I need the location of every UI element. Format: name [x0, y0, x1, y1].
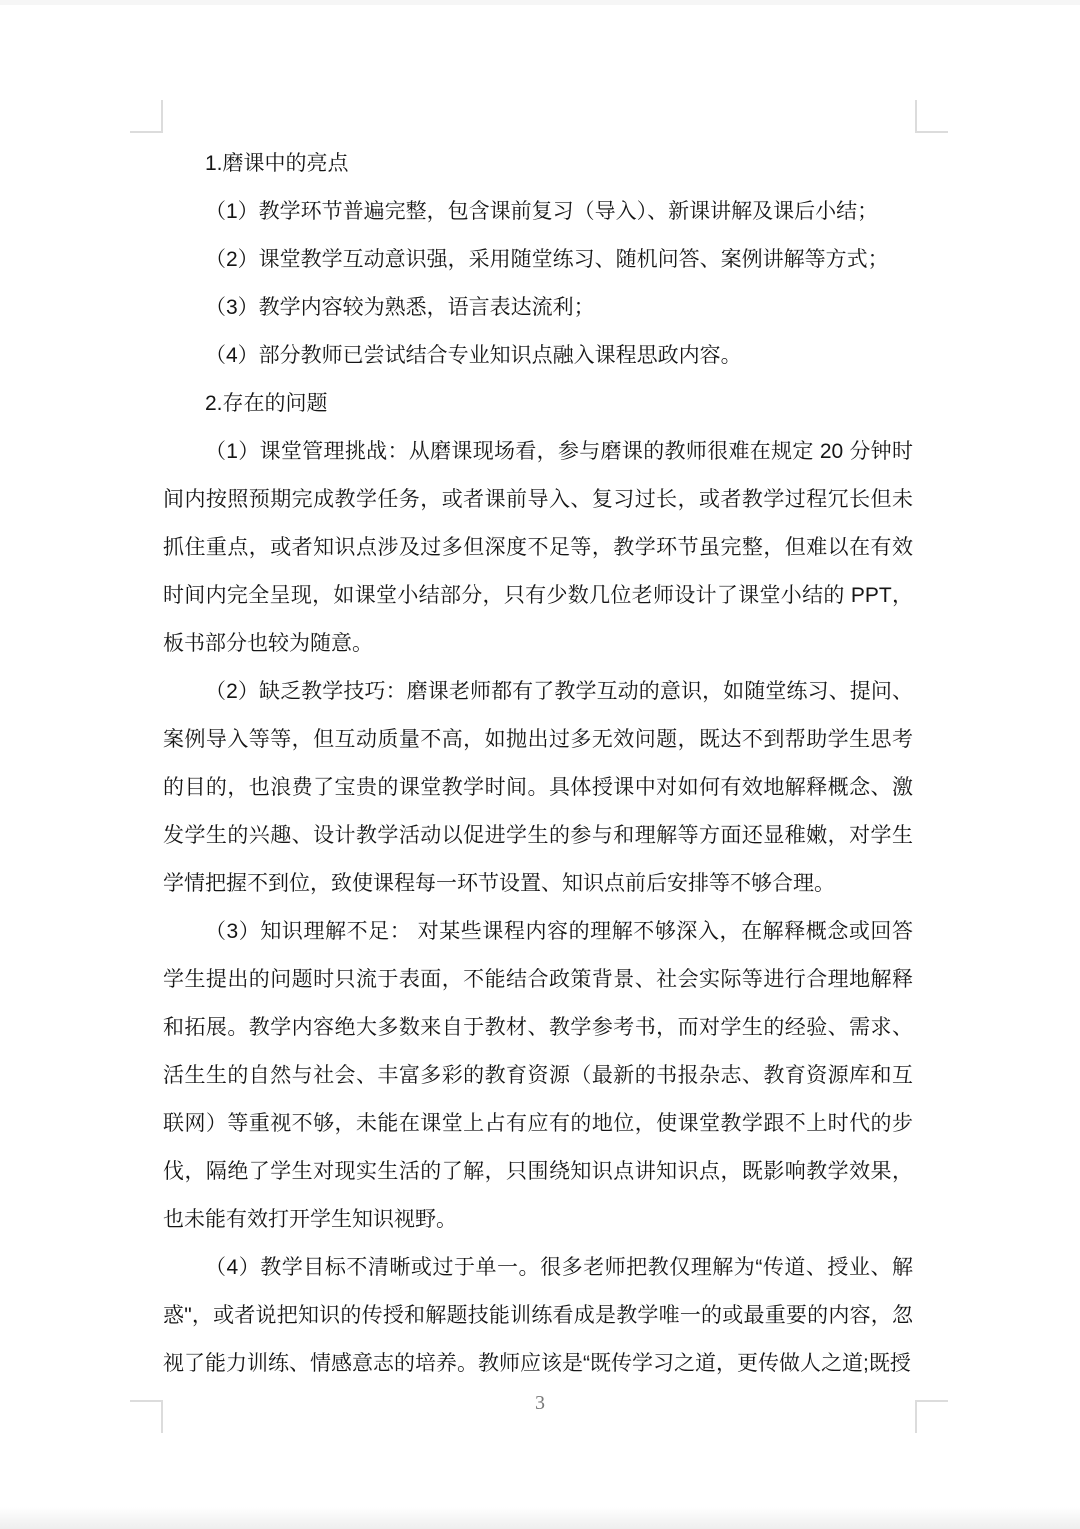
document-page: 1.磨课中的亮点 （1）教学环节普遍完整，包含课前复习（导入）、新课讲解及课后小…	[0, 0, 1080, 1529]
paragraph: （4）部分教师已尝试结合专业知识点融入课程思政内容。	[163, 332, 913, 380]
paragraph: （3）教学内容较为熟悉，语言表达流利；	[163, 284, 913, 332]
page-top-edge	[0, 0, 1080, 5]
crop-mark-top-right	[915, 100, 948, 133]
document-body: 1.磨课中的亮点 （1）教学环节普遍完整，包含课前复习（导入）、新课讲解及课后小…	[163, 140, 913, 1388]
paragraph: （1）课堂管理挑战：从磨课现场看，参与磨课的教师很难在规定 20 分钟时间内按照…	[163, 428, 913, 668]
crop-mark-top-left	[130, 100, 163, 133]
paragraph: 1.磨课中的亮点	[163, 140, 913, 188]
paragraph: （4）教学目标不清晰或过于单一。很多老师把教仅理解为“传道、授业、解惑"，或者说…	[163, 1244, 913, 1388]
paragraph: （2）缺乏教学技巧：磨课老师都有了教学互动的意识，如随堂练习、提问、案例导入等等…	[163, 668, 913, 908]
paragraph: （1）教学环节普遍完整，包含课前复习（导入）、新课讲解及课后小结；	[163, 188, 913, 236]
paragraph: （2）课堂教学互动意识强，采用随堂练习、随机问答、案例讲解等方式；	[163, 236, 913, 284]
paragraph: 2.存在的问题	[163, 380, 913, 428]
page-bottom-edge	[0, 1507, 1080, 1529]
paragraph: （3）知识理解不足： 对某些课程内容的理解不够深入，在解释概念或回答学生提出的问…	[163, 908, 913, 1244]
page-number: 3	[0, 1392, 1080, 1415]
